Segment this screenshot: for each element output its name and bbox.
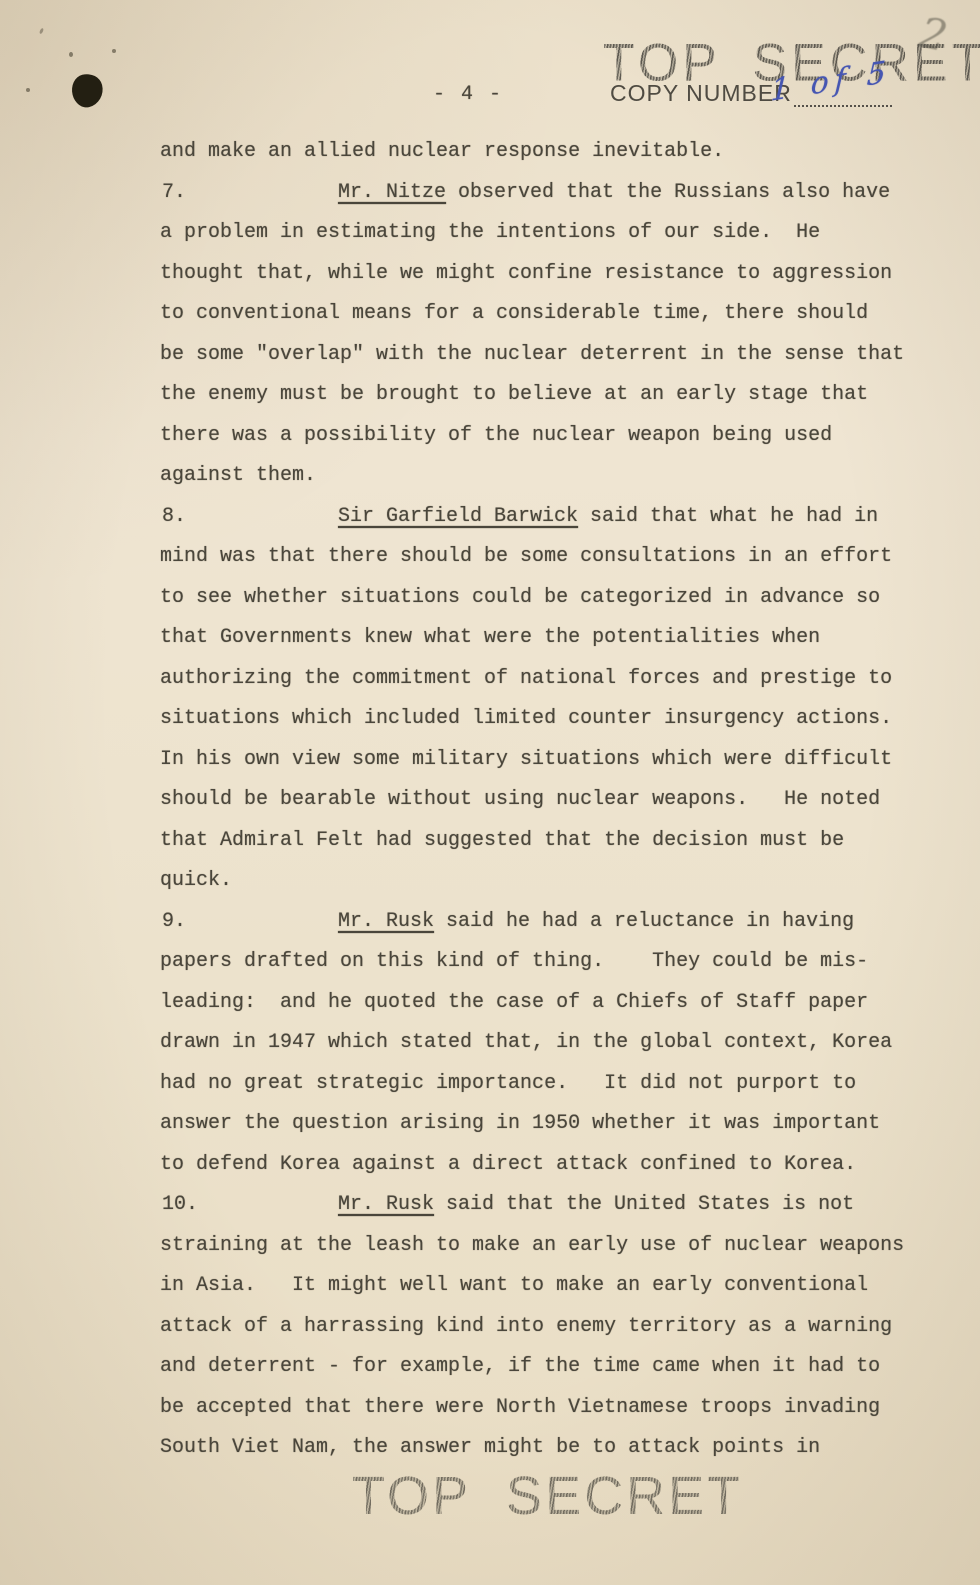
top-secret-stamp-bottom: TOP SECRET <box>352 1465 743 1527</box>
speaker-name: Mr. Rusk <box>338 910 434 933</box>
paragraph-7: 7.Mr. Nitze observed that the Russians a… <box>160 173 938 497</box>
paper-speck <box>26 88 30 92</box>
paragraph-10: 10.Mr. Rusk said that the United States … <box>160 1185 938 1469</box>
paragraph-text: said that the United States is not strai… <box>160 1193 904 1459</box>
paragraph-number: 8. <box>162 497 186 538</box>
paragraph-text: said that what he had in mind was that t… <box>160 505 892 893</box>
paragraph-number: 9. <box>162 902 186 943</box>
paragraph-8: 8.Sir Garfield Barwick said that what he… <box>160 497 938 902</box>
copy-number-row: COPY NUMBER 1 of 5 <box>610 80 892 107</box>
paper-speck <box>69 52 73 57</box>
paragraph-number: 10. <box>162 1185 198 1226</box>
speaker-name: Sir Garfield Barwick <box>338 505 578 528</box>
paper-speck <box>112 49 116 53</box>
paragraph-number: 7. <box>162 173 186 214</box>
typed-body: and make an allied nuclear response inev… <box>160 132 938 1469</box>
paper-speck <box>39 28 44 35</box>
speaker-name: Mr. Nitze <box>338 181 446 204</box>
ink-blot <box>68 71 106 111</box>
page-number: - 4 - <box>433 83 503 106</box>
document-page: 2 TOP SECRET - 4 - COPY NUMBER 1 of 5 an… <box>0 0 980 1585</box>
paragraph-text: said he had a reluctance in having paper… <box>160 910 892 1176</box>
paragraph-9: 9.Mr. Rusk said he had a reluctance in h… <box>160 902 938 1186</box>
paragraph-text: observed that the Russians also have a p… <box>160 181 904 488</box>
continuation-line: and make an allied nuclear response inev… <box>160 132 938 173</box>
speaker-name: Mr. Rusk <box>338 1193 434 1216</box>
copy-number-label: COPY NUMBER <box>610 80 792 107</box>
